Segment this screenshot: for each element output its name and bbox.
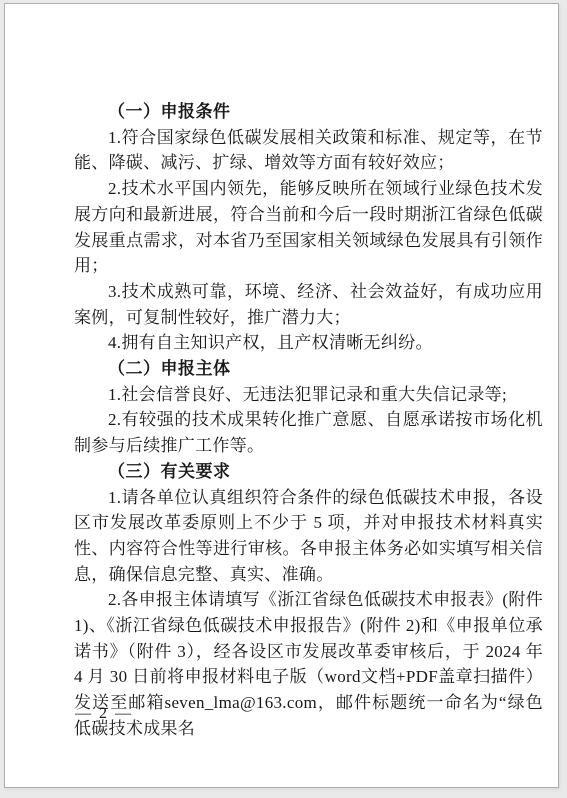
paragraph: 1.符合国家绿色低碳发展相关政策和标准、规定等，在节能、降碳、减污、扩绿、增效等… <box>74 125 543 176</box>
paragraph: 2.技术水平国内领先，能够反映所在领域行业绿色技术发展方向和最新进展，符合当前和… <box>74 176 543 279</box>
paragraph: 3.技术成熟可靠，环境、经济、社会效益好，有成功应用案例，可复制性较好，推广潜力… <box>74 279 543 330</box>
paragraph: 2.各申报主体请填写《浙江省绿色低碳技术申报表》(附件 1)、《浙江省绿色低碳技… <box>74 587 543 741</box>
document-viewer: （一）申报条件 1.符合国家绿色低碳发展相关政策和标准、规定等，在节能、降碳、减… <box>0 0 567 798</box>
paragraph: 4.拥有自主知识产权，且产权清晰无纠纷。 <box>74 330 543 356</box>
section-heading-related-requirements: （三）有关要求 <box>74 459 543 485</box>
paragraph: 2.有较强的技术成果转化推广意愿、自愿承诺按市场化机制参与后续推广工作等。 <box>74 407 543 458</box>
document-body: （一）申报条件 1.符合国家绿色低碳发展相关政策和标准、规定等，在节能、降碳、减… <box>74 99 543 742</box>
paragraph: 1.请各单位认真组织符合条件的绿色低碳技术申报，各设区市发展改革委原则上不少于 … <box>74 485 543 588</box>
page-number: — 2 — <box>75 704 131 724</box>
document-page: （一）申报条件 1.符合国家绿色低碳发展相关政策和标准、规定等，在节能、降碳、减… <box>4 3 559 788</box>
paragraph: 1.社会信誉良好、无违法犯罪记录和重大失信记录等; <box>74 382 543 408</box>
section-heading-application-conditions: （一）申报条件 <box>74 99 543 125</box>
section-heading-application-subject: （二）申报主体 <box>74 356 543 382</box>
